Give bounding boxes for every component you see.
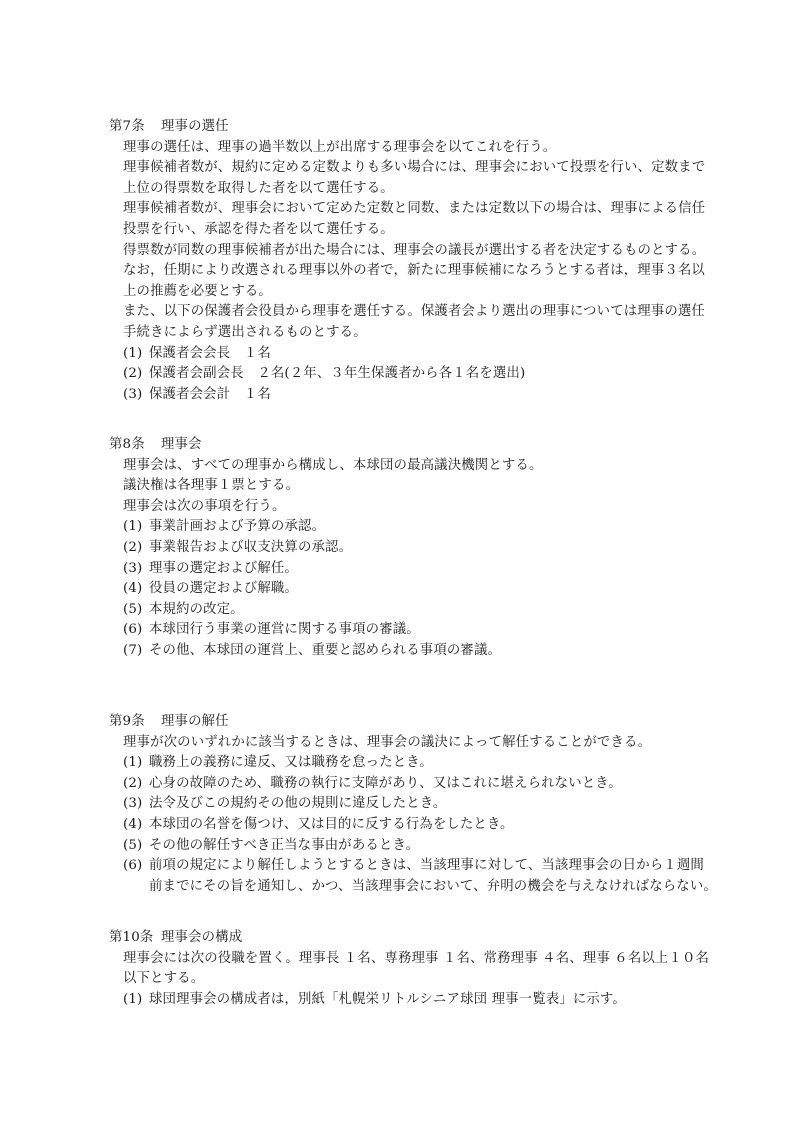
list-marker: (1) — [123, 990, 149, 1011]
list-item-text: 球団理事会の構成者は，別紙「札幌栄リトルシニア球団 理事一覧表」に示す。 — [149, 992, 626, 1007]
list-item: (2)保護者会副会長 ２名(２年、３年生保護者から各１名を選出) — [109, 364, 709, 385]
article-10: 第10条理事会の構成 理事会には次の役職を置く。理事長 １名、専務理事 １名、常… — [109, 928, 709, 1010]
list-item-text: 事業報告および収支決算の承認。 — [149, 540, 352, 555]
article-heading: 第8条理事会 — [109, 435, 709, 456]
list-item-text: その他、本球団の運営上、重要と認められる事項の審議。 — [149, 643, 501, 658]
list-marker: (4) — [123, 815, 149, 836]
paragraph-line: 手続きによらず選出されるものとする。 — [109, 323, 709, 344]
list-marker: (5) — [123, 600, 149, 621]
list-item-text: 前項の規定により解任しようとするときは、当該理事に対して、当該理事会の日から１週… — [149, 858, 704, 873]
list-item-continuation: 前までにその旨を通知し、かつ、当該理事会において、弁明の機会を与えなければならな… — [109, 877, 709, 898]
list-item-text: 保護者会副会長 ２名(２年、３年生保護者から各１名を選出) — [149, 366, 525, 381]
list-item-text: 保護者会会長 １名 — [149, 346, 271, 361]
list-marker: (3) — [123, 794, 149, 815]
list-item-text: 理事の選定および解任。 — [149, 561, 298, 576]
article-heading: 第7条理事の選任 — [109, 117, 709, 138]
list-marker: (2) — [123, 364, 149, 385]
article-number: 第8条 — [109, 435, 161, 456]
list-item: (1)保護者会会長 １名 — [109, 344, 709, 365]
article-9: 第9条理事の解任 理事が次のいずれかに該当するときは、理事会の議決によって解任す… — [109, 712, 709, 897]
paragraph-line: 上の推薦を必要とする。 — [109, 282, 709, 303]
list-marker: (7) — [123, 641, 149, 662]
paragraph-line: 理事の選任は、理事の過半数以上が出席する理事会を以てこれを行う。 — [109, 138, 709, 159]
list-item-text: 役員の選定および解職。 — [149, 581, 298, 596]
paragraph-line: 理事会は、すべての理事から構成し、本球団の最高議決機関とする。 — [109, 456, 709, 477]
list-marker: (3) — [123, 559, 149, 580]
list-item-text: 本規約の改定。 — [149, 602, 244, 617]
list-item-text: 本球団行う事業の運営に関する事項の審議。 — [149, 622, 420, 637]
list-item: (5)その他の解任すべき正当な事由があるとき。 — [109, 836, 709, 857]
list-marker: (1) — [123, 344, 149, 365]
list-item: (6)前項の規定により解任しようとするときは、当該理事に対して、当該理事会の日か… — [109, 856, 709, 877]
paragraph-line: 投票を行い、承認を得た者を以て選任する。 — [109, 220, 709, 241]
document-page: 第7条理事の選任 理事の選任は、理事の過半数以上が出席する理事会を以てこれを行う… — [0, 0, 800, 1131]
list-item: (4)役員の選定および解職。 — [109, 579, 709, 600]
paragraph-line: 理事会は次の事項を行う。 — [109, 497, 709, 518]
list-marker: (6) — [123, 856, 149, 877]
list-item-text: 本球団の名誉を傷つけ、又は目的に反する行為をしたとき。 — [149, 817, 514, 832]
article-number: 第9条 — [109, 712, 161, 733]
paragraph-line: 上位の得票数を取得した者を以て選任する。 — [109, 179, 709, 200]
list-item-text: 事業計画および予算の承認。 — [149, 519, 325, 534]
article-7: 第7条理事の選任 理事の選任は、理事の過半数以上が出席する理事会を以てこれを行う… — [109, 117, 709, 405]
list-marker: (4) — [123, 579, 149, 600]
list-item: (1)職務上の義務に違反、又は職務を怠ったとき。 — [109, 753, 709, 774]
article-title: 理事の選任 — [161, 119, 229, 134]
list-marker: (3) — [123, 385, 149, 406]
article-title: 理事の解任 — [161, 714, 229, 729]
list-item: (5)本規約の改定。 — [109, 600, 709, 621]
article-heading: 第10条理事会の構成 — [109, 928, 709, 949]
list-item: (3)理事の選定および解任。 — [109, 559, 709, 580]
paragraph-line: 理事会には次の役職を置く。理事長 １名、専務理事 １名、常務理事 ４名、理事 ６… — [109, 949, 709, 970]
list-item: (6)本球団行う事業の運営に関する事項の審議。 — [109, 620, 709, 641]
paragraph-line: 理事候補者数が、理事会において定めた定数と同数、または定数以下の場合は、理事によ… — [109, 199, 709, 220]
list-item-text: 法令及びこの規約その他の規則に違反したとき。 — [149, 796, 446, 811]
list-item: (2)事業報告および収支決算の承認。 — [109, 538, 709, 559]
list-item: (1)事業計画および予算の承認。 — [109, 517, 709, 538]
list-item-text: 保護者会会計 １名 — [149, 387, 271, 402]
list-marker: (6) — [123, 620, 149, 641]
article-title: 理事会の構成 — [161, 930, 242, 945]
list-item: (3)法令及びこの規約その他の規則に違反したとき。 — [109, 794, 709, 815]
article-number: 第7条 — [109, 117, 161, 138]
list-marker: (1) — [123, 753, 149, 774]
paragraph-line: なお，任期により改選される理事以外の者で，新たに理事候補になろうとする者は，理事… — [109, 261, 709, 282]
paragraph-line: 得票数が同数の理事候補者が出た場合には、理事会の議長が選出する者を決定するものと… — [109, 241, 709, 262]
list-marker: (2) — [123, 774, 149, 795]
article-title: 理事会 — [161, 437, 202, 452]
list-item-text: その他の解任すべき正当な事由があるとき。 — [149, 838, 419, 853]
paragraph-line: 理事が次のいずれかに該当するときは、理事会の議決によって解任することができる。 — [109, 733, 709, 754]
list-item: (4)本球団の名誉を傷つけ、又は目的に反する行為をしたとき。 — [109, 815, 709, 836]
list-marker: (5) — [123, 836, 149, 857]
list-item: (1)球団理事会の構成者は，別紙「札幌栄リトルシニア球団 理事一覧表」に示す。 — [109, 990, 709, 1011]
article-number: 第10条 — [109, 928, 161, 949]
list-item-text: 職務上の義務に違反、又は職務を怠ったとき。 — [149, 755, 433, 770]
article-8: 第8条理事会 理事会は、すべての理事から構成し、本球団の最高議決機関とする。 議… — [109, 435, 709, 662]
paragraph-line: 以下とする。 — [109, 969, 709, 990]
list-item: (2)心身の故障のため、職務の執行に支障があり、又はこれに堪えられないとき。 — [109, 774, 709, 795]
paragraph-line: 理事候補者数が、規約に定める定数よりも多い場合には、理事会において投票を行い、定… — [109, 158, 709, 179]
paragraph-line: 議決権は各理事１票とする。 — [109, 476, 709, 497]
paragraph-line: また、以下の保護者会役員から理事を選任する。保護者会より選出の理事については理事… — [109, 302, 709, 323]
list-marker: (1) — [123, 517, 149, 538]
list-item: (3)保護者会会計 １名 — [109, 385, 709, 406]
list-marker: (2) — [123, 538, 149, 559]
article-heading: 第9条理事の解任 — [109, 712, 709, 733]
list-item-text: 心身の故障のため、職務の執行に支障があり、又はこれに堪えられないとき。 — [149, 776, 622, 791]
list-item: (7)その他、本球団の運営上、重要と認められる事項の審議。 — [109, 641, 709, 662]
